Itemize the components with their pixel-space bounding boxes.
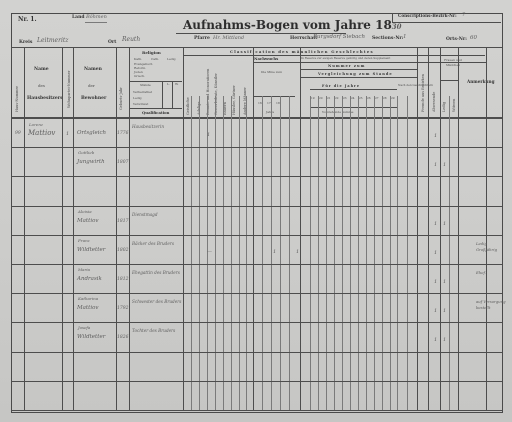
stand-col-1: L. (167, 83, 170, 86)
land-underline (85, 22, 107, 23)
col-geburtsjahr: Geburts-Jahr (119, 88, 123, 110)
presence-mark: 1 (443, 338, 446, 343)
birth-year-value: 1812 (117, 278, 128, 283)
birth-year-value: 1792 (117, 307, 128, 312)
tally-mark: — (207, 250, 212, 255)
tally-mark: 1 (296, 250, 299, 255)
orts-value: 60 (470, 36, 477, 42)
resident-last-name: Wildtetter (77, 335, 105, 341)
stand-row-3: Verwitwet (133, 103, 148, 106)
col-namen-3: Bewohner (81, 97, 106, 102)
presence-mark: 1 (434, 251, 437, 256)
haus-nr-value: 99 (15, 132, 21, 137)
table-row: JosefaWildtetter1826Tochter des Bruders1… (11, 322, 501, 351)
table-row (11, 381, 501, 410)
row-divider (11, 410, 502, 411)
tally-mark: 1 (207, 133, 210, 138)
resident-last-name: Jungwirth (77, 160, 105, 166)
conscription-label: Conscriptions-Bezirk-Nr: (398, 14, 457, 18)
year-col-label: 22 (335, 97, 339, 100)
stand-bottom-line (129, 108, 182, 109)
zahl-jahre: Für die Jahre (322, 85, 360, 88)
table-row (11, 176, 501, 205)
presence-mark: 1 (443, 222, 446, 227)
qualification-value: Bäcker des Bruders (132, 241, 184, 248)
note-value: Ledig Großjährig (476, 241, 506, 253)
stand-col-2: W. (175, 83, 179, 86)
col-haus-nummer: Haus-Nummer (15, 72, 19, 112)
title-year: 30 (392, 22, 402, 31)
note-value: auf Versorgung bestellt (476, 299, 506, 311)
year-col-label: 27 (375, 97, 379, 100)
kreis-value: Leitmeritz (37, 38, 68, 44)
qualification-value: Dienstmagd (132, 212, 184, 219)
resident-first-name: Gottlieb (78, 151, 94, 155)
sections-value: 1 (403, 35, 407, 41)
resident-last-name: Mattiov (77, 219, 99, 225)
birth-year-value: 1807 (117, 161, 128, 166)
presence-mark: 1 (434, 280, 437, 285)
religion-col-2: Ledig (167, 58, 176, 61)
conscription-value: 7 (462, 13, 465, 18)
stand-divider-2 (172, 81, 173, 108)
year-col-label: 19 (311, 97, 315, 100)
census-sheet: Nr. 1. Land Böhmen Aufnahms-Bogen vom Ja… (0, 0, 512, 422)
classification-title: Classification des männlichen Geschlecht… (230, 50, 374, 54)
sections-label: Sections-Nr: (372, 37, 403, 42)
frauen-line (440, 80, 458, 81)
table-row: 99LorenzMattiov1Ortsgleich1776Hausbesitz… (11, 118, 501, 147)
presence-mark: 1 (434, 222, 437, 227)
partei-nr-value: 1 (66, 132, 69, 137)
heirat-col-witwen: Witwen (452, 94, 456, 112)
pfarre-label: Pfarre (194, 37, 210, 42)
class-col-1: Geistliche (186, 95, 190, 115)
col-name-3: Hausbesitzers (27, 97, 63, 102)
note-value: Ehef. (476, 270, 506, 276)
vergleich-line (300, 77, 417, 78)
presence-mark: 1 (434, 163, 437, 168)
table-row: KatharinaMattiov1792Schwester des Bruder… (11, 293, 501, 322)
col-wohnpartei: Wohnpartei-Nummer (67, 78, 71, 108)
jahre-line (310, 89, 397, 90)
qualification-value: Ehegattin des Bruders (132, 270, 184, 277)
resident-last-name: Wildtetter (77, 248, 105, 254)
presence-mark: 1 (443, 309, 446, 314)
resident-first-name: Franz (78, 239, 90, 243)
year-col-label: 21 (327, 97, 331, 100)
reserve-title: In Reserve zur ewigen Reserve gehörig un… (301, 57, 390, 60)
bottom-sum-line (310, 107, 397, 108)
religion-row-1: Kath. (134, 58, 142, 61)
birth-year-value: 1826 (117, 336, 128, 341)
presence-mark: 1 (434, 134, 437, 139)
stand-divider-1 (162, 81, 163, 108)
year-col-label: 24 (351, 97, 355, 100)
pfarre-value: Hr. Mittland (213, 36, 244, 41)
conscription-divider (392, 13, 393, 22)
resident-first-name: Aloisia (78, 210, 92, 214)
stand-title: Stände (140, 84, 151, 87)
ort-label: Ort (108, 41, 116, 46)
resident-first-name: Katharina (78, 297, 98, 301)
table-row (11, 352, 501, 381)
title-text: Aufnahms-Bogen vom Jahre 18 (183, 18, 392, 32)
owner-first-name: Lorenz (29, 123, 43, 127)
table-row: MariaAndrasik1812Ehegattin des Bruders11… (11, 264, 501, 293)
birth-year-value: 1817 (117, 220, 128, 225)
birth-year-value: 1802 (117, 249, 128, 254)
year-col-label: 29 (391, 97, 395, 100)
col-name-1: Name (34, 68, 49, 73)
form-title: Aufnahms-Bogen vom Jahre 1830 (183, 18, 402, 32)
resident-first-name: Josefa (78, 326, 90, 330)
presence-mark: 1 (443, 280, 446, 285)
frauen-title: Frauen und Mädchen (444, 58, 462, 69)
presence-mark: 1 (434, 309, 437, 314)
year-col-label: 28 (383, 97, 387, 100)
land-value: Böhmen (86, 15, 107, 20)
ort-value: Reuth (122, 37, 140, 43)
col-namen-2: der (88, 84, 95, 88)
col-namen-1: Namen (84, 68, 102, 73)
resident-last-name: Andrasik (77, 277, 102, 283)
resident-first-name: Maria (78, 268, 90, 272)
abwesende-title: Abwesende (432, 62, 436, 112)
col-name-2: des (38, 84, 45, 88)
nummer-line (300, 69, 417, 70)
tally-mark: 1 (273, 250, 276, 255)
nachwuchs-title: Nachwuchs (254, 57, 278, 61)
table-row: GottliebJungwirth180711 (11, 147, 501, 176)
qualification-value: Hausbesitzerin (132, 124, 184, 131)
land-label: Land (72, 16, 85, 21)
presence-mark: 1 (434, 338, 437, 343)
class-col-5: Bauern (223, 95, 227, 115)
anmerkung-header: Anmerkung (467, 80, 495, 84)
stand-row-2: Ledig (133, 97, 142, 100)
orts-label: Orts-Nr: (446, 38, 467, 43)
year-col-label: 26 (367, 97, 371, 100)
owner-last-name: Mattiov (28, 130, 55, 137)
class-col-6: Häusler, Gärtner (232, 78, 236, 115)
qualification-header: Qualification (142, 111, 169, 115)
resident-last-name: Ortsgleich (77, 131, 106, 137)
stand-row-1: Verheirathet (133, 91, 152, 94)
religion-title: Religion (142, 51, 161, 55)
qualification-value: Schwester des Bruders (132, 299, 184, 306)
sheet-number: Nr. 1. (18, 17, 37, 23)
kreis-label: Kreis (19, 41, 32, 46)
qualification-value: Tochter des Bruders (132, 328, 184, 335)
nachwuchs-sub: Die Mine zum (261, 71, 282, 74)
religion-row-5: Griech. (134, 75, 145, 78)
table-row: FranzWildtetter1802Bäcker des Bruders—11… (11, 235, 501, 264)
year-col-label: 25 (359, 97, 363, 100)
reserve-line (253, 62, 486, 63)
conscription-underline (392, 22, 501, 23)
herrschaft-value: Burgsdorf Siebach (313, 35, 365, 41)
year-col-label: 23 (343, 97, 347, 100)
bottom-sum-label: Vorstehende Summe (322, 111, 353, 114)
fremde-title: Fremde aus Bezirken (421, 62, 425, 112)
heirat-col-ledig: Ledig (442, 94, 446, 112)
religion-col-1: Cath. (151, 58, 159, 61)
presence-mark: 1 (443, 163, 446, 168)
table-row: AloisiaMattiov1817Dienstmagd11 (11, 206, 501, 235)
birth-year-value: 1776 (117, 132, 128, 137)
year-col-label: 20 (319, 97, 323, 100)
resident-last-name: Mattiov (77, 306, 99, 312)
